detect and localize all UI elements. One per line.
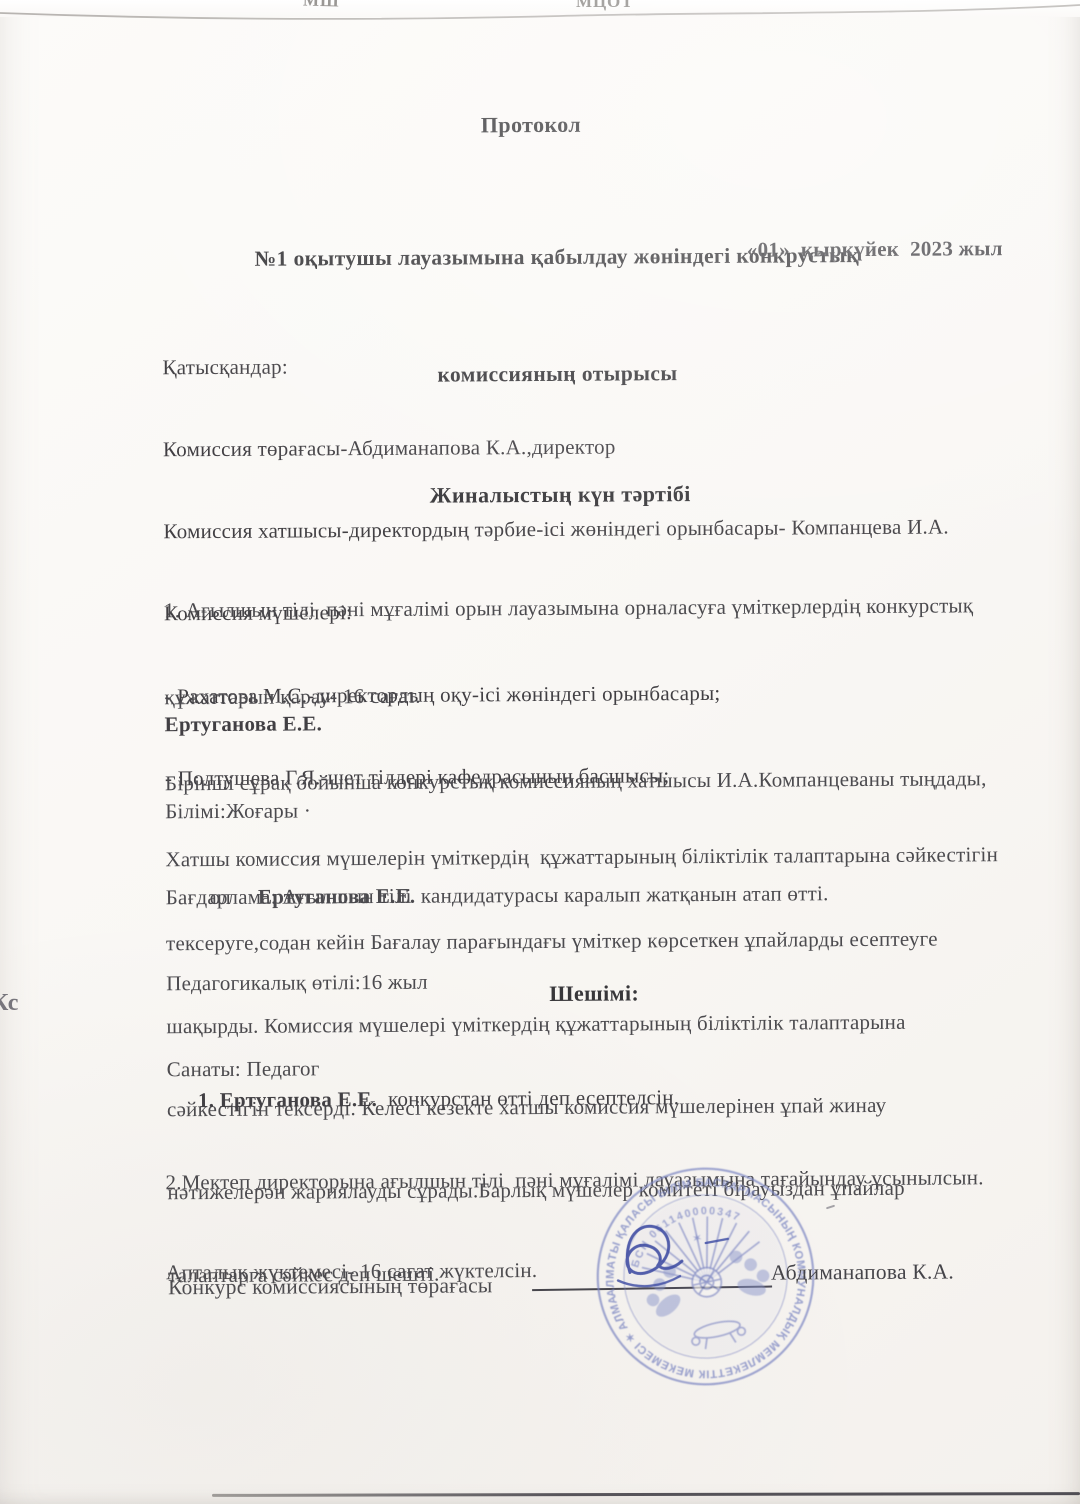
ghost-text-fragment: Кс: [0, 990, 18, 1017]
agenda-item-line: 1. Ағылшын тілі пәні мұғалімі орын лауаз…: [164, 592, 986, 626]
handwritten-signature: [600, 1208, 751, 1301]
participant-line: Комиссия төрағасы-Абдиманапова К.А.,дире…: [163, 432, 949, 464]
scanned-protocol-page: МШ МЦОТ Кс Протокол №1 оқытушы лауазымын…: [0, 0, 1080, 1504]
procedure-line: шақырды. Комиссия мүшелері үміткердің құ…: [166, 1008, 999, 1041]
document-date: «01» қыркүйек 2023 жыл: [117, 235, 1003, 268]
procedure-line: Хатшы комиссия мүшелерін үміткердің құжа…: [165, 842, 998, 875]
ghost-text-fragment: МШ: [303, 0, 340, 11]
signature-name: Абдиманапова К.А.: [771, 1258, 954, 1287]
procedure-line: тексеруге,содан кейін Бағалау парағындағ…: [166, 925, 999, 958]
signature-role: Конкурс комиссиясының төрағасы: [168, 1272, 493, 1301]
ghost-text-fragment: МЦОТ: [576, 0, 634, 12]
document-content: Протокол №1 оқытушы лауазымына қабылдау …: [0, 0, 1080, 1504]
agenda-heading: Жиналыстың күн тәртібі: [140, 478, 980, 511]
decision-heading: Шешімі:: [174, 977, 1014, 1010]
candidate-name: Ертуганова Е.Е.: [165, 709, 427, 739]
participants-heading: Қатысқандар:: [162, 349, 948, 381]
document-title: Протокол: [111, 108, 951, 141]
scan-edge-curve: [0, 0, 1080, 30]
